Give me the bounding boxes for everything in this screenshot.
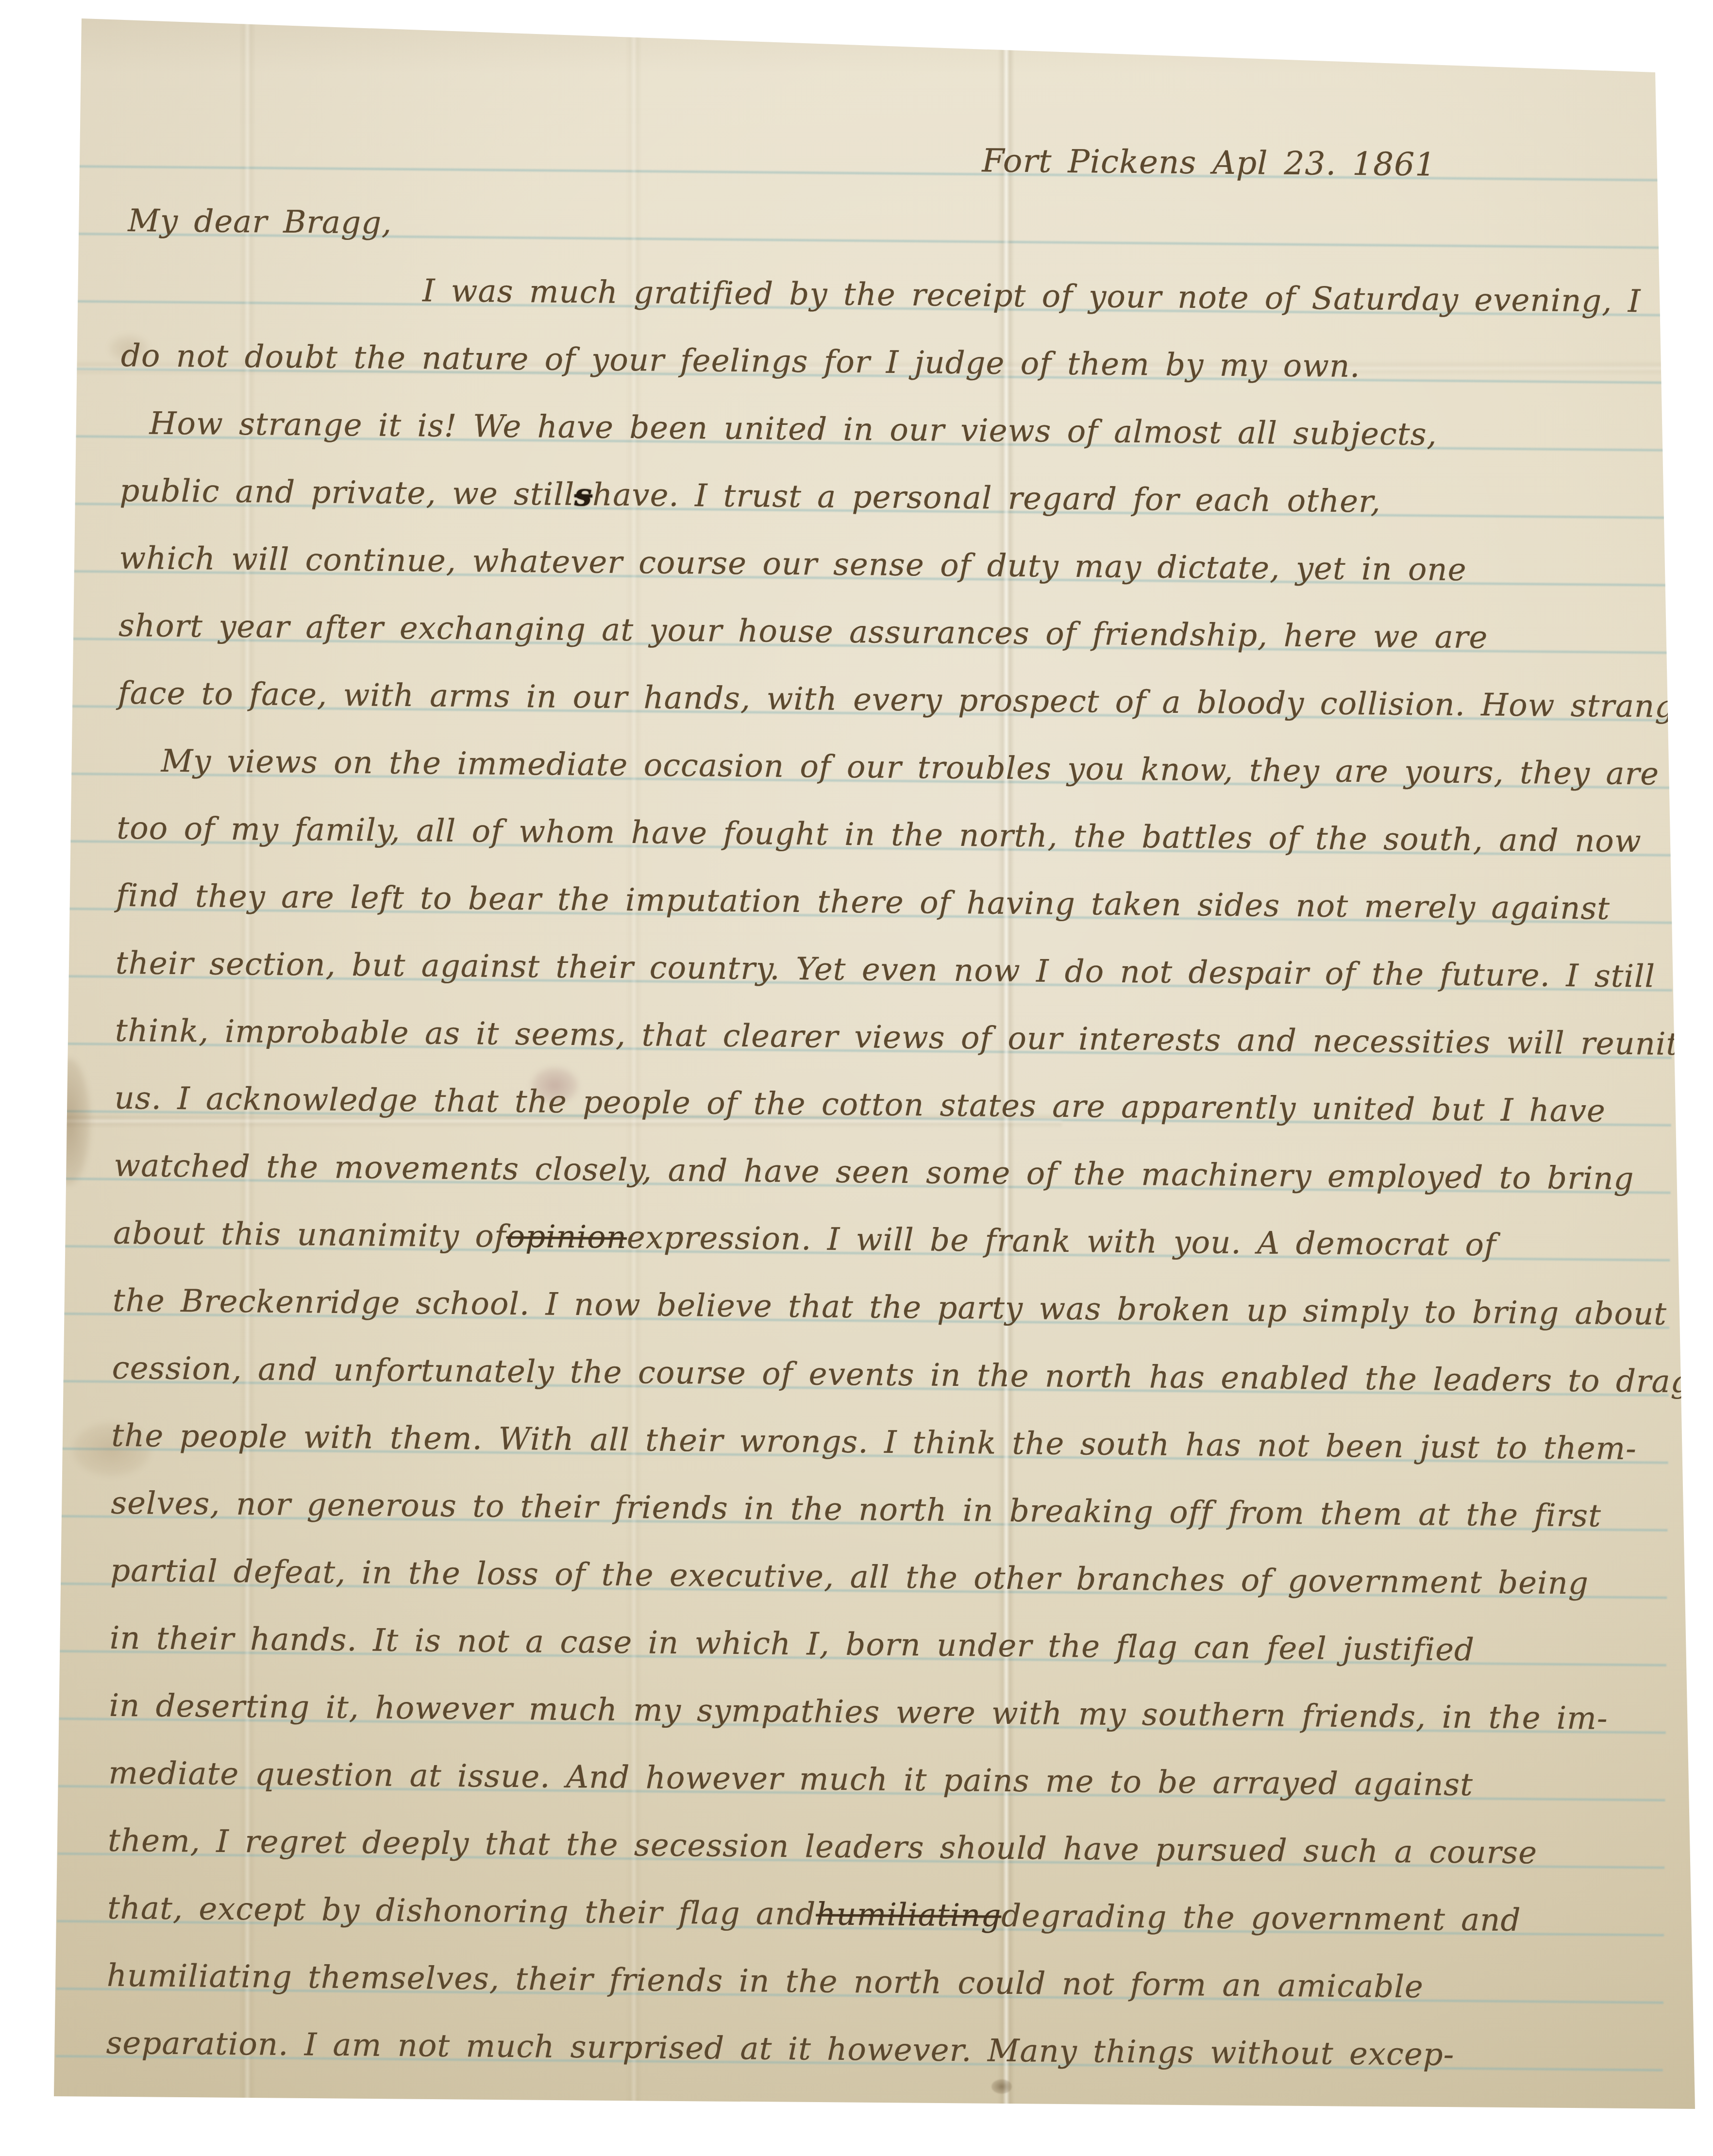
salutation-text: My dear Bragg, bbox=[128, 206, 392, 238]
letter-line-text: expression. I will be frank with you. A … bbox=[627, 1223, 1496, 1261]
struck-word: opinion bbox=[506, 1222, 627, 1253]
letter-line: I was much gratified by the receipt of y… bbox=[121, 236, 1688, 317]
letter-line-text: public and private, we still bbox=[119, 476, 574, 510]
letter-line: which will continue, whatever course our… bbox=[119, 506, 1685, 587]
letter-body: I was much gratified by the receipt of y… bbox=[106, 236, 1688, 2072]
letter-line: separation. I am not much surprised at i… bbox=[106, 1991, 1672, 2072]
letter-dateline: Fort Pickens Apl 23. 1861 bbox=[122, 101, 1689, 182]
letter-line-text: degrading the government and bbox=[1001, 1901, 1521, 1936]
letter-salutation: My dear Bragg, bbox=[122, 168, 1688, 250]
letter-sheet: Fort Pickens Apl 23. 1861 My dear Bragg,… bbox=[0, 0, 1713, 2156]
paper-edge-shading-right bbox=[1698, 0, 1713, 2156]
letter-line-text: s bbox=[574, 480, 593, 510]
letter-text: Fort Pickens Apl 23. 1861 My dear Bragg,… bbox=[55, 19, 1690, 2072]
letter-line: How strange it is! We have been united i… bbox=[120, 371, 1686, 452]
struck-word: humiliating bbox=[816, 1900, 1002, 1931]
paper-edge-shading-bottom bbox=[0, 2138, 1713, 2156]
scanned-letter-page: Fort Pickens Apl 23. 1861 My dear Bragg,… bbox=[0, 0, 1713, 2156]
letter-line-text: that, except by dishonoring their flag a… bbox=[107, 1893, 816, 1929]
letter-line-text: have. I trust a personal regard for each… bbox=[592, 480, 1381, 517]
letter-line-text: about this unanimity of bbox=[113, 1218, 506, 1251]
ink-mark-bottom bbox=[991, 2079, 1012, 2094]
letter-line: public and private, we still shave. I tr… bbox=[119, 438, 1686, 520]
dateline-text: Fort Pickens Apl 23. 1861 bbox=[982, 145, 1436, 180]
